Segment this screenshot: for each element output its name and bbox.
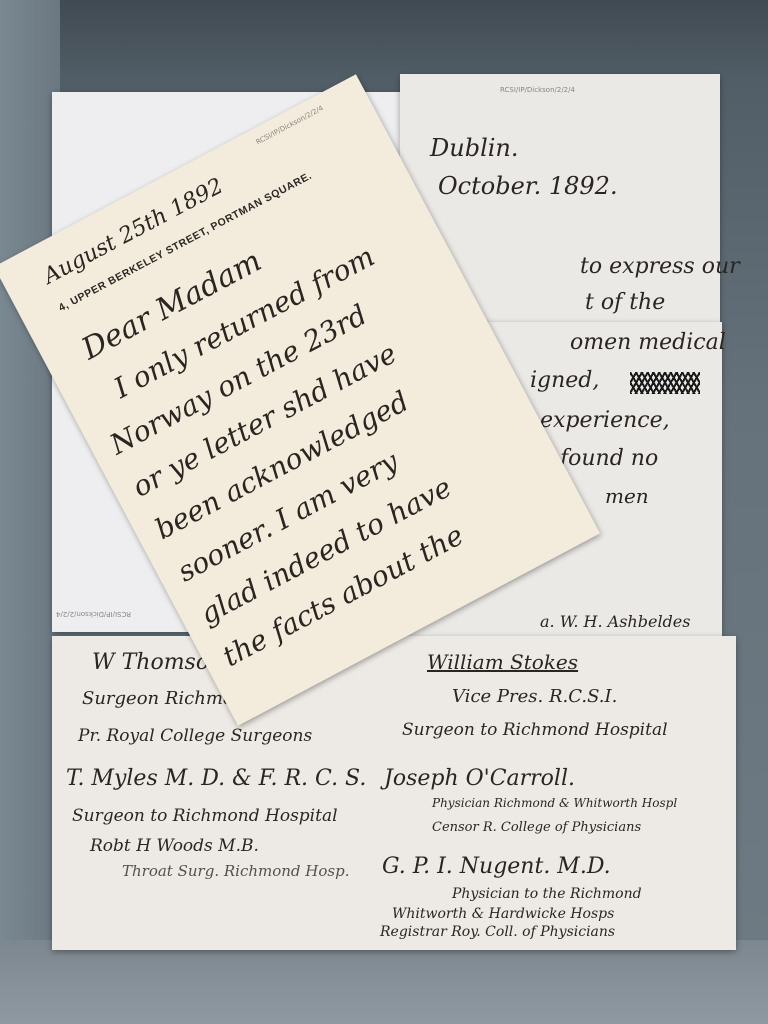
letter-line: igned, — [530, 368, 599, 393]
signature-line: Joseph O'Carroll. — [384, 766, 575, 791]
signature-line: T. Myles M. D. & F. R. C. S. — [66, 766, 366, 791]
folder-left-edge — [0, 0, 60, 1024]
signature-line: Vice Pres. R.C.S.I. — [452, 686, 617, 707]
signature-line: Surgeon to Richmond Hospital — [402, 720, 668, 740]
letter-line: omen medical — [570, 330, 726, 355]
signature-line: Physician to the Richmond — [452, 886, 642, 902]
letter-line: Dublin. — [430, 134, 519, 162]
folder-top-flap — [60, 0, 768, 80]
signature-line: Surgeon to Richmond Hospital — [72, 806, 338, 826]
letter-line: men — [605, 484, 649, 508]
archive-ref: RCSI/IP/Dickson/2/2/4 — [56, 610, 131, 618]
letter-line: October. 1892. — [438, 172, 618, 200]
crossed-out-word — [630, 372, 700, 394]
signatures-sheet: W Thomson Surgeon Richmond Pr. Royal Col… — [52, 636, 736, 950]
letter-line: t of the — [585, 290, 665, 315]
signature-line: Throat Surg. Richmond Hosp. — [122, 862, 349, 880]
signature-line: Pr. Royal College Surgeons — [78, 726, 312, 746]
folder-bottom-edge — [0, 940, 768, 1024]
signature-line: Physician Richmond & Whitworth Hospl — [432, 796, 677, 810]
archive-ref: RCSI/IP/Dickson/2/2/4 — [500, 86, 575, 94]
signature-line: Whitworth & Hardwicke Hosps — [392, 906, 614, 922]
letter-line: to express our — [580, 254, 740, 279]
letter-line: found no — [560, 446, 658, 471]
fold-line-text: a. W. H. Ashbeldes — [540, 612, 690, 631]
signature-line: Registrar Roy. Coll. of Physicians — [380, 924, 615, 940]
signature-line: William Stokes — [427, 650, 578, 674]
signature-line: Robt H Woods M.B. — [90, 836, 259, 856]
letter-line: experience, — [540, 408, 670, 433]
signature-line: G. P. I. Nugent. M.D. — [382, 854, 611, 879]
signature-line: Censor R. College of Physicians — [432, 820, 641, 835]
